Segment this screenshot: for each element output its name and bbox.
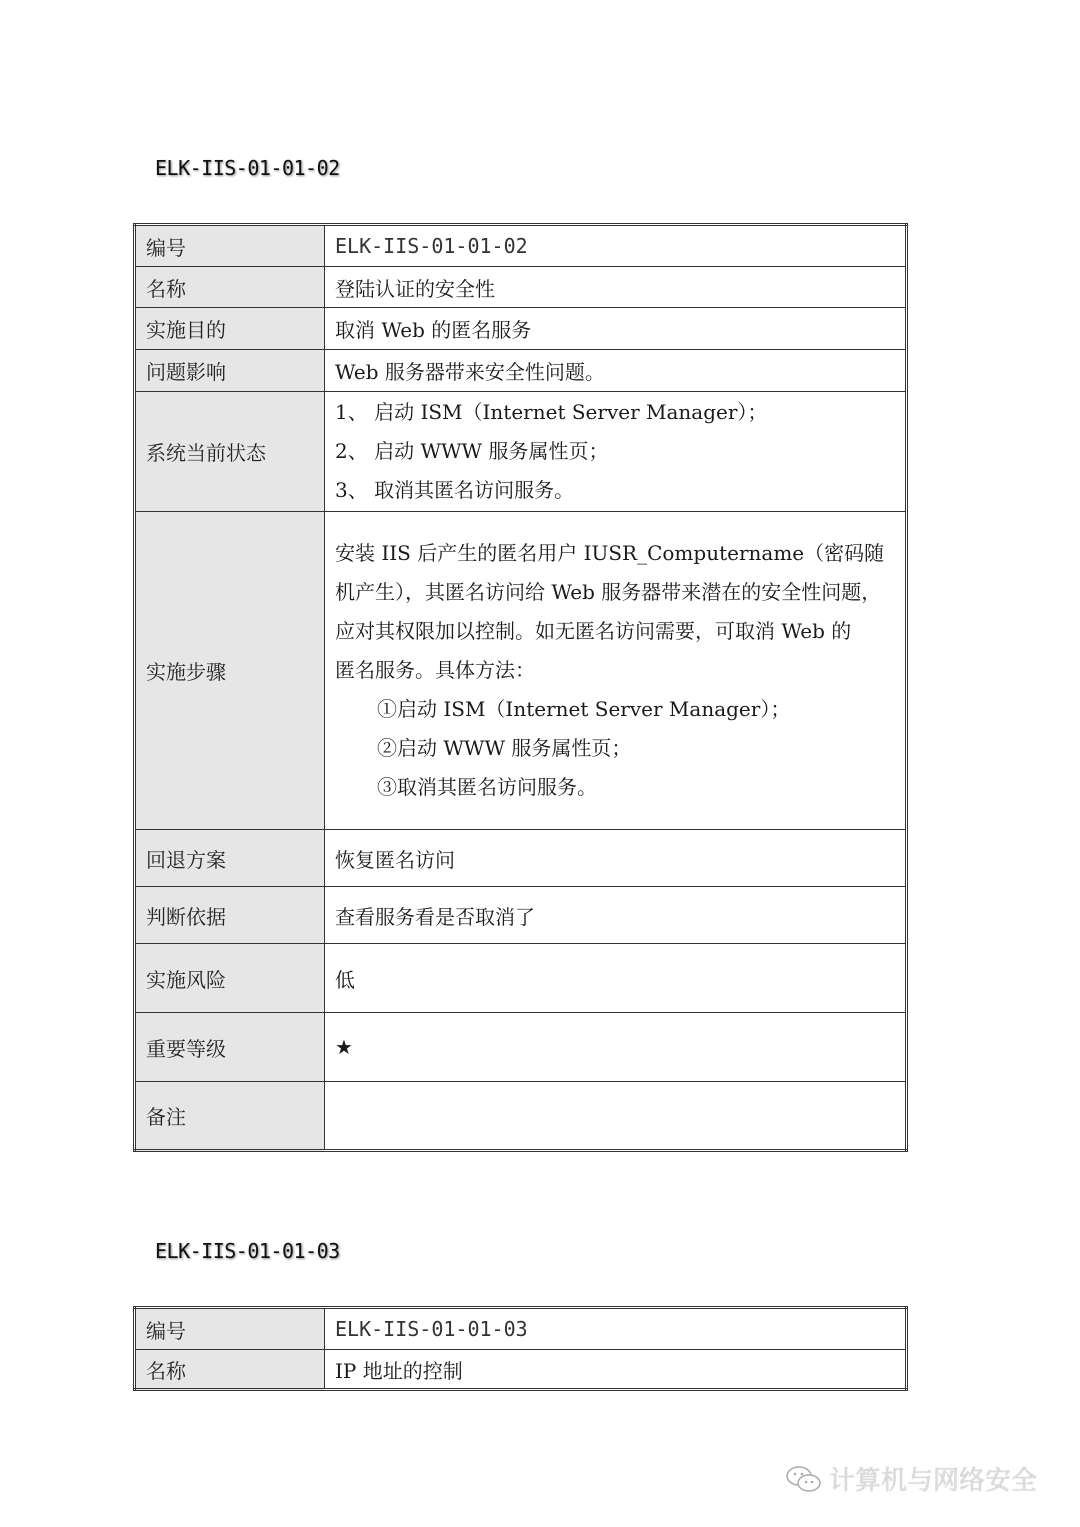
row-value: 恢复匿名访问 xyxy=(325,830,907,887)
table-row: 实施风险 低 xyxy=(135,944,907,1013)
star-icon: ★ xyxy=(325,1013,907,1082)
spec-table: 编号 ELK-IIS-01-01-03 名称 IP 地址的控制 xyxy=(133,1306,908,1391)
watermark-text: 计算机与网络安全 xyxy=(829,1460,1037,1497)
row-value: 查看服务看是否取消了 xyxy=(325,887,907,944)
row-value: ELK-IIS-01-01-02 xyxy=(325,225,907,267)
row-value: 低 xyxy=(325,944,907,1013)
steps-line: 匿名服务。具体方法： xyxy=(335,651,895,690)
table-row: 问题影响 Web 服务器带来安全性问题。 xyxy=(135,350,907,392)
table-row: 实施目的 取消 Web 的匿名服务 xyxy=(135,308,907,350)
status-line: 2、 启动 WWW 服务属性页； xyxy=(335,432,895,471)
status-line: 3、 取消其匿名访问服务。 xyxy=(335,471,895,510)
row-value: 取消 Web 的匿名服务 xyxy=(325,308,907,350)
row-label: 系统当前状态 xyxy=(135,392,325,512)
row-label: 问题影响 xyxy=(135,350,325,392)
steps-line: 机产生），其匿名访问给 Web 服务器带来潜在的安全性问题， xyxy=(335,573,895,612)
table-row: 回退方案 恢复匿名访问 xyxy=(135,830,907,887)
row-label: 实施目的 xyxy=(135,308,325,350)
row-label: 判断依据 xyxy=(135,887,325,944)
watermark: 计算机与网络安全 xyxy=(785,1460,1037,1497)
row-value: Web 服务器带来安全性问题。 xyxy=(325,350,907,392)
status-line: 1、 启动 ISM（Internet Server Manager）； xyxy=(335,393,895,432)
row-value: IP 地址的控制 xyxy=(325,1350,907,1390)
row-value: 登陆认证的安全性 xyxy=(325,267,907,308)
substep: ②启动 WWW 服务属性页； xyxy=(335,729,895,768)
table-row: 名称 IP 地址的控制 xyxy=(135,1350,907,1390)
row-label: 实施风险 xyxy=(135,944,325,1013)
table-row: 重要等级 ★ xyxy=(135,1013,907,1082)
substep: ③取消其匿名访问服务。 xyxy=(335,768,895,807)
table-row: 系统当前状态 1、 启动 ISM（Internet Server Manager… xyxy=(135,392,907,512)
row-label: 名称 xyxy=(135,1350,325,1390)
row-value: ELK-IIS-01-01-03 xyxy=(325,1308,907,1350)
section-heading: ELK-IIS-01-01-02 xyxy=(155,156,340,180)
steps-line: 安装 IIS 后产生的匿名用户 IUSR_Computername（密码随 xyxy=(335,534,895,573)
steps-line: 应对其权限加以控制。如无匿名访问需要，可取消 Web 的 xyxy=(335,612,895,651)
row-label: 实施步骤 xyxy=(135,512,325,830)
table-row: 实施步骤 安装 IIS 后产生的匿名用户 IUSR_Computername（密… xyxy=(135,512,907,830)
row-label: 编号 xyxy=(135,1308,325,1350)
wechat-icon xyxy=(785,1464,823,1494)
substep: ①启动 ISM（Internet Server Manager）； xyxy=(335,690,895,729)
table-row: 编号 ELK-IIS-01-01-02 xyxy=(135,225,907,267)
table-row: 编号 ELK-IIS-01-01-03 xyxy=(135,1308,907,1350)
table-row: 判断依据 查看服务看是否取消了 xyxy=(135,887,907,944)
spec-table: 编号 ELK-IIS-01-01-02 名称 登陆认证的安全性 实施目的 取消 … xyxy=(133,223,908,1152)
section-heading: ELK-IIS-01-01-03 xyxy=(155,1239,340,1263)
table-row: 备注 xyxy=(135,1082,907,1151)
row-label: 名称 xyxy=(135,267,325,308)
row-value xyxy=(325,1082,907,1151)
row-value: 1、 启动 ISM（Internet Server Manager）； 2、 启… xyxy=(325,392,907,512)
row-label: 编号 xyxy=(135,225,325,267)
row-label: 重要等级 xyxy=(135,1013,325,1082)
row-value: 安装 IIS 后产生的匿名用户 IUSR_Computername（密码随 机产… xyxy=(325,512,907,830)
row-label: 备注 xyxy=(135,1082,325,1151)
row-label: 回退方案 xyxy=(135,830,325,887)
table-row: 名称 登陆认证的安全性 xyxy=(135,267,907,308)
